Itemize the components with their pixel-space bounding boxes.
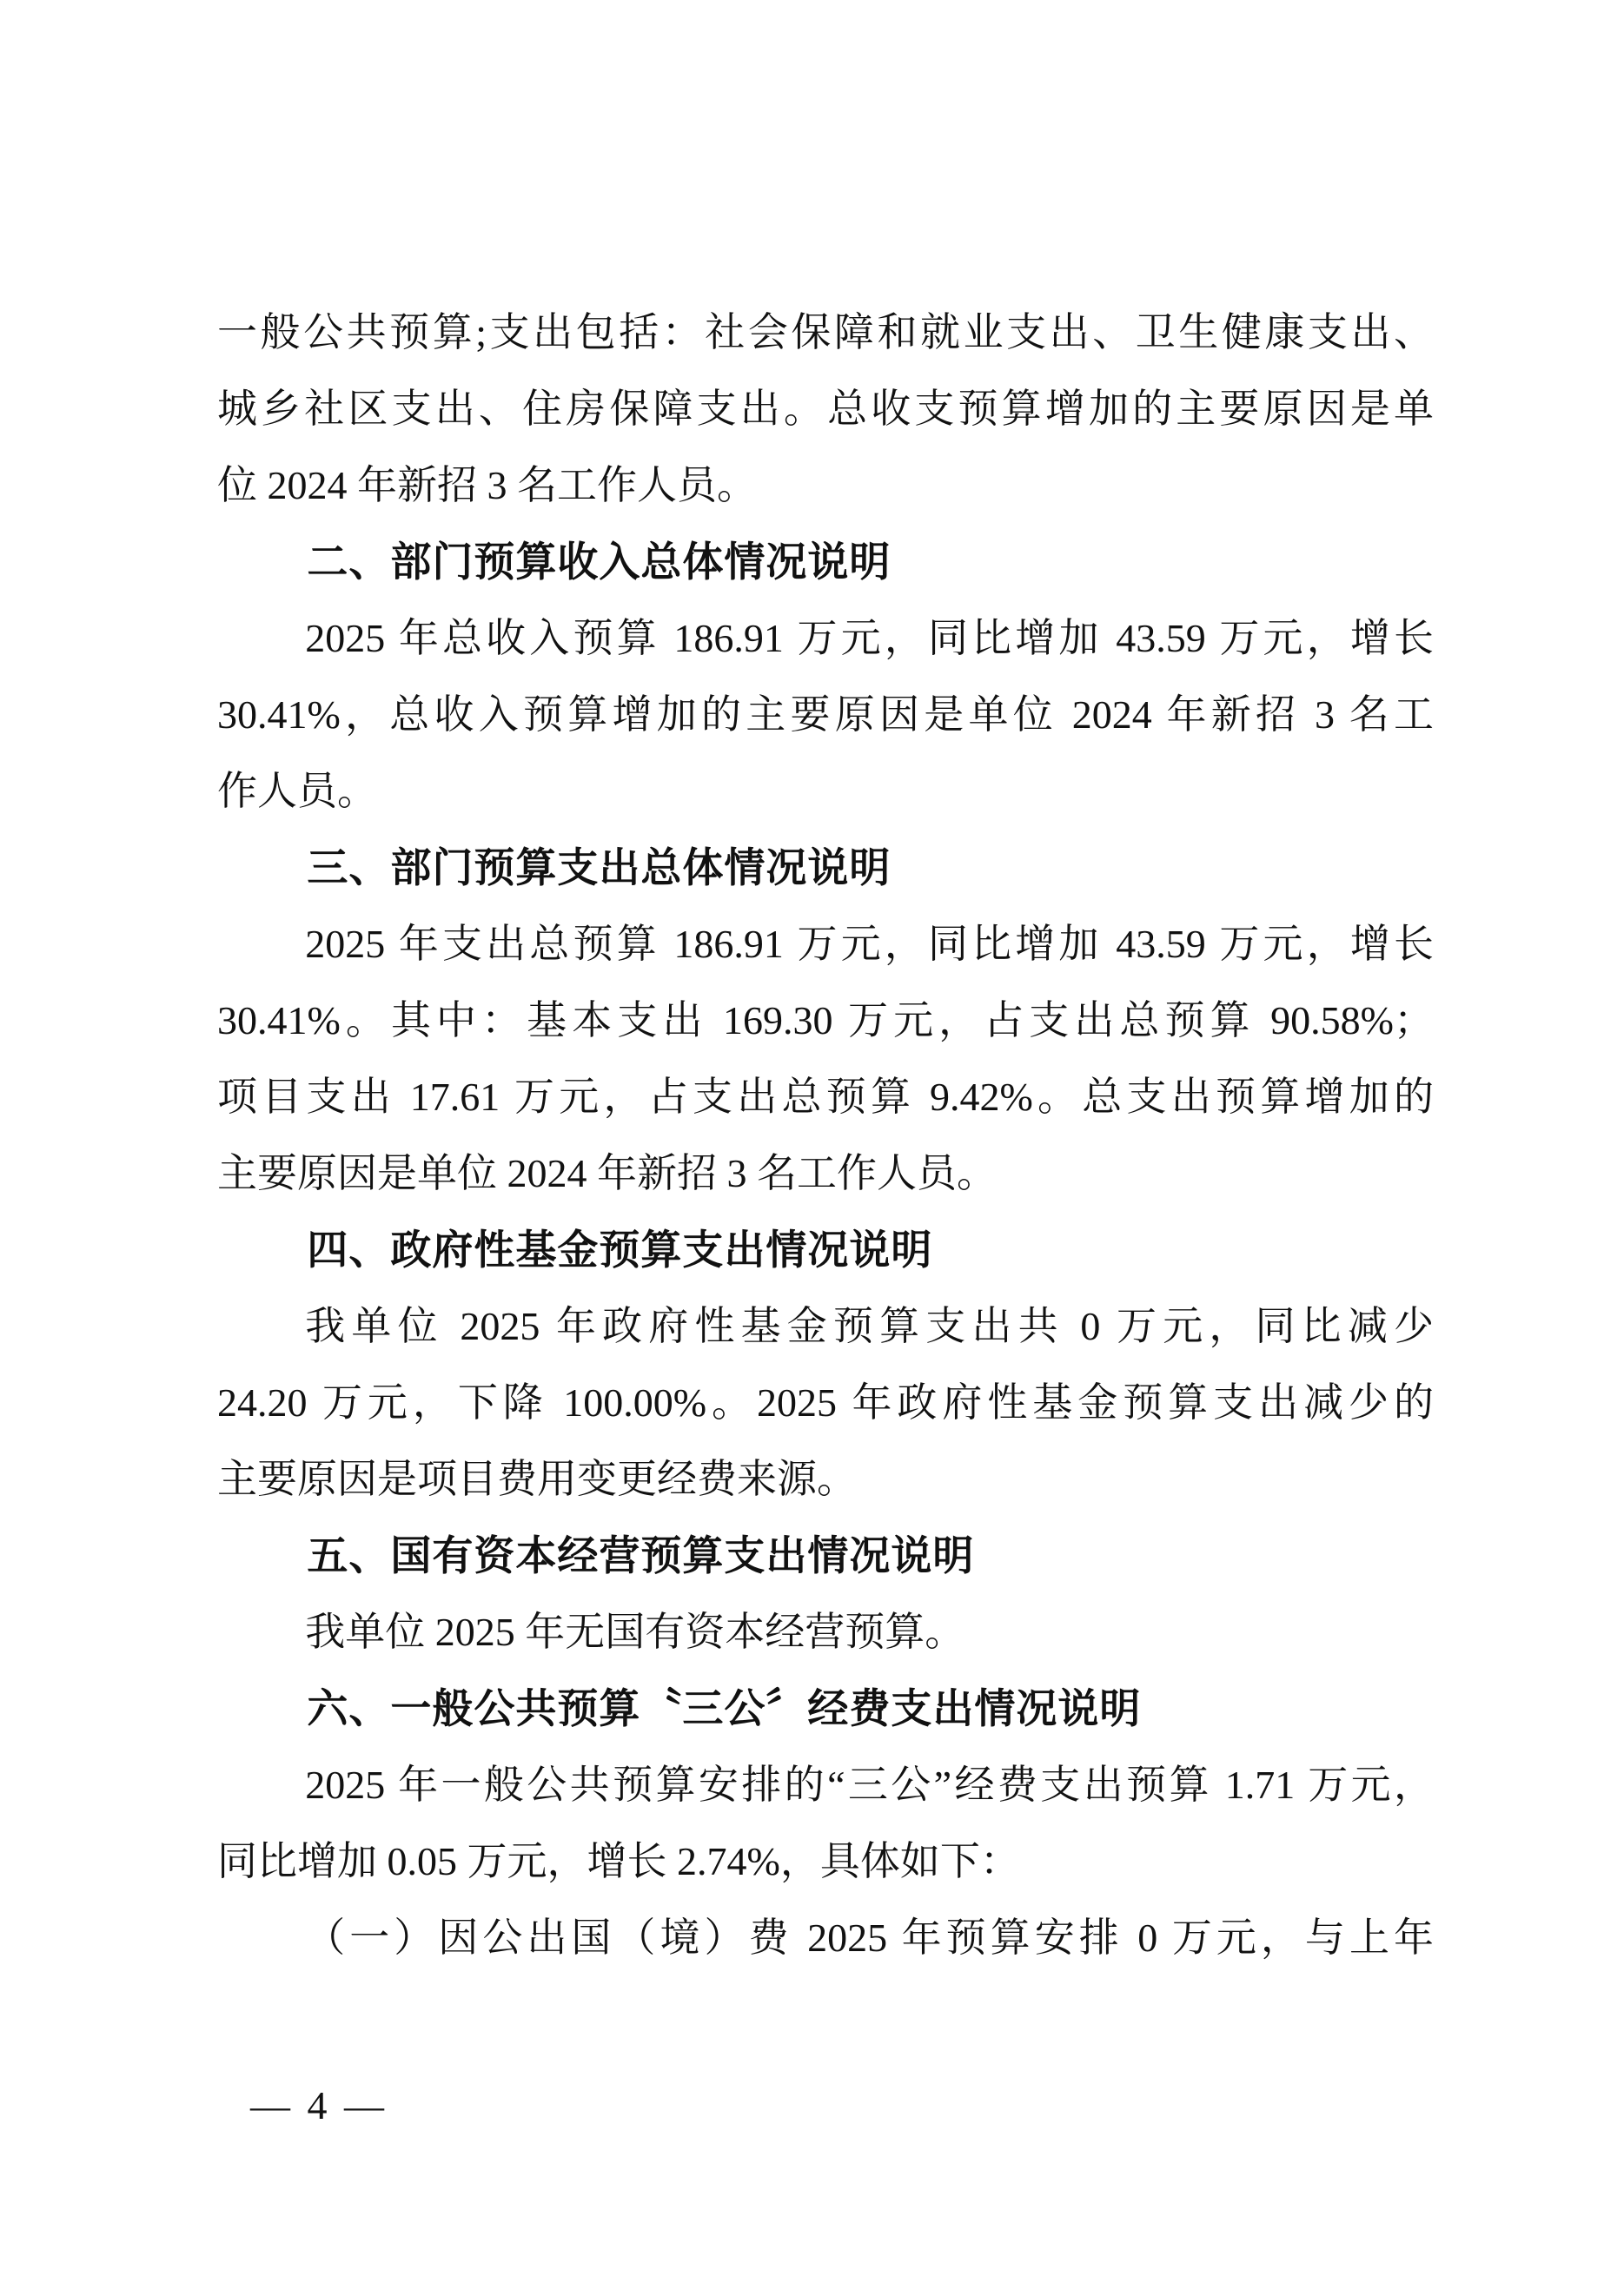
text-line: 一般公共预算;支出包括：社会保障和就业支出、卫生健康支出、	[217, 294, 1434, 371]
text-line: 30.41%。其中：基本支出 169.30 万元，占支出总预算 90.58%；	[217, 983, 1434, 1059]
text-line: 24.20 万元，下降 100.00%。2025 年政府性基金预算支出减少的	[217, 1365, 1434, 1441]
text-line: 项目支出 17.61 万元，占支出总预算 9.42%。总支出预算增加的	[217, 1059, 1434, 1135]
text-line: 同比增加 0.05 万元，增长 2.74%，具体如下：	[217, 1823, 1434, 1900]
section-heading: 三、部门预算支出总体情况说明	[217, 830, 1434, 906]
section-heading: 二、部门预算收入总体情况说明	[217, 524, 1434, 600]
section-heading: 六、一般公共预算〝三公〞经费支出情况说明	[217, 1671, 1434, 1747]
text-line: 我单位 2025 年政府性基金预算支出共 0 万元，同比减少	[217, 1288, 1434, 1365]
document-page: 一般公共预算;支出包括：社会保障和就业支出、卫生健康支出、城乡社区支出、住房保障…	[0, 0, 1624, 2296]
text-line: 2025 年一般公共预算安排的“三公”经费支出预算 1.71 万元，	[217, 1747, 1434, 1823]
text-content: 一般公共预算;支出包括：社会保障和就业支出、卫生健康支出、城乡社区支出、住房保障…	[217, 294, 1434, 1976]
text-line: 主要原因是项目费用变更经费来源。	[217, 1441, 1434, 1518]
text-line: 城乡社区支出、住房保障支出。总收支预算增加的主要原因是单	[217, 371, 1434, 447]
text-line: 位 2024 年新招 3 名工作人员。	[217, 447, 1434, 524]
text-line: （一）因公出国（境）费 2025 年预算安排 0 万元，与上年	[217, 1900, 1434, 1976]
section-heading: 四、政府性基金预算支出情况说明	[217, 1212, 1434, 1288]
text-line: 作人员。	[217, 753, 1434, 830]
text-line: 2025 年总收入预算 186.91 万元，同比增加 43.59 万元，增长	[217, 600, 1434, 677]
page-number: — 4 —	[250, 2083, 388, 2128]
text-line: 主要原因是单位 2024 年新招 3 名工作人员。	[217, 1135, 1434, 1212]
text-line: 30.41%，总收入预算增加的主要原因是单位 2024 年新招 3 名工	[217, 677, 1434, 753]
text-line: 我单位 2025 年无国有资本经营预算。	[217, 1594, 1434, 1671]
section-heading: 五、国有资本经营预算支出情况说明	[217, 1518, 1434, 1594]
text-line: 2025 年支出总预算 186.91 万元，同比增加 43.59 万元，增长	[217, 906, 1434, 983]
